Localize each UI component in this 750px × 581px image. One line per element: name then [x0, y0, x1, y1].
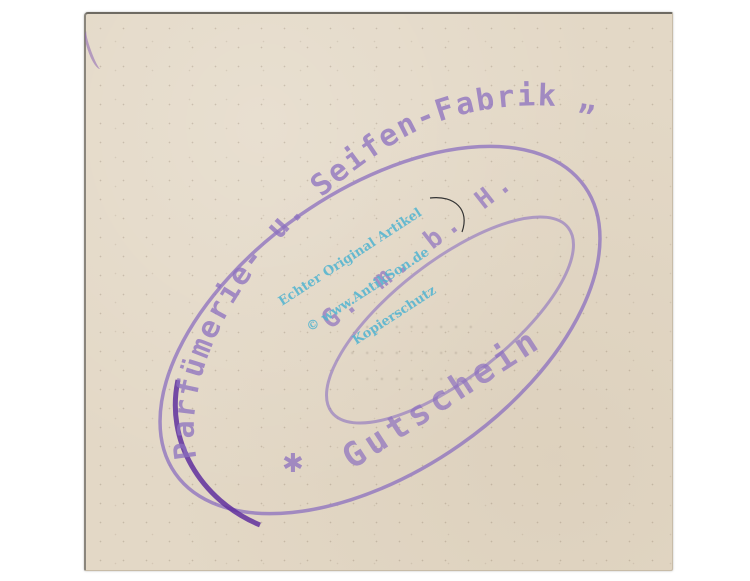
watermark-line-2: © www.AntikSon.de	[304, 245, 432, 336]
oval-rubber-stamp: Parfümerie- u. Seifen-Fabrik „Stern“ G. …	[0, 0, 750, 581]
stamp-star-icon: ✱	[282, 449, 304, 479]
stamp-company-name: Parfümerie- u. Seifen-Fabrik „Stern“	[0, 0, 602, 462]
